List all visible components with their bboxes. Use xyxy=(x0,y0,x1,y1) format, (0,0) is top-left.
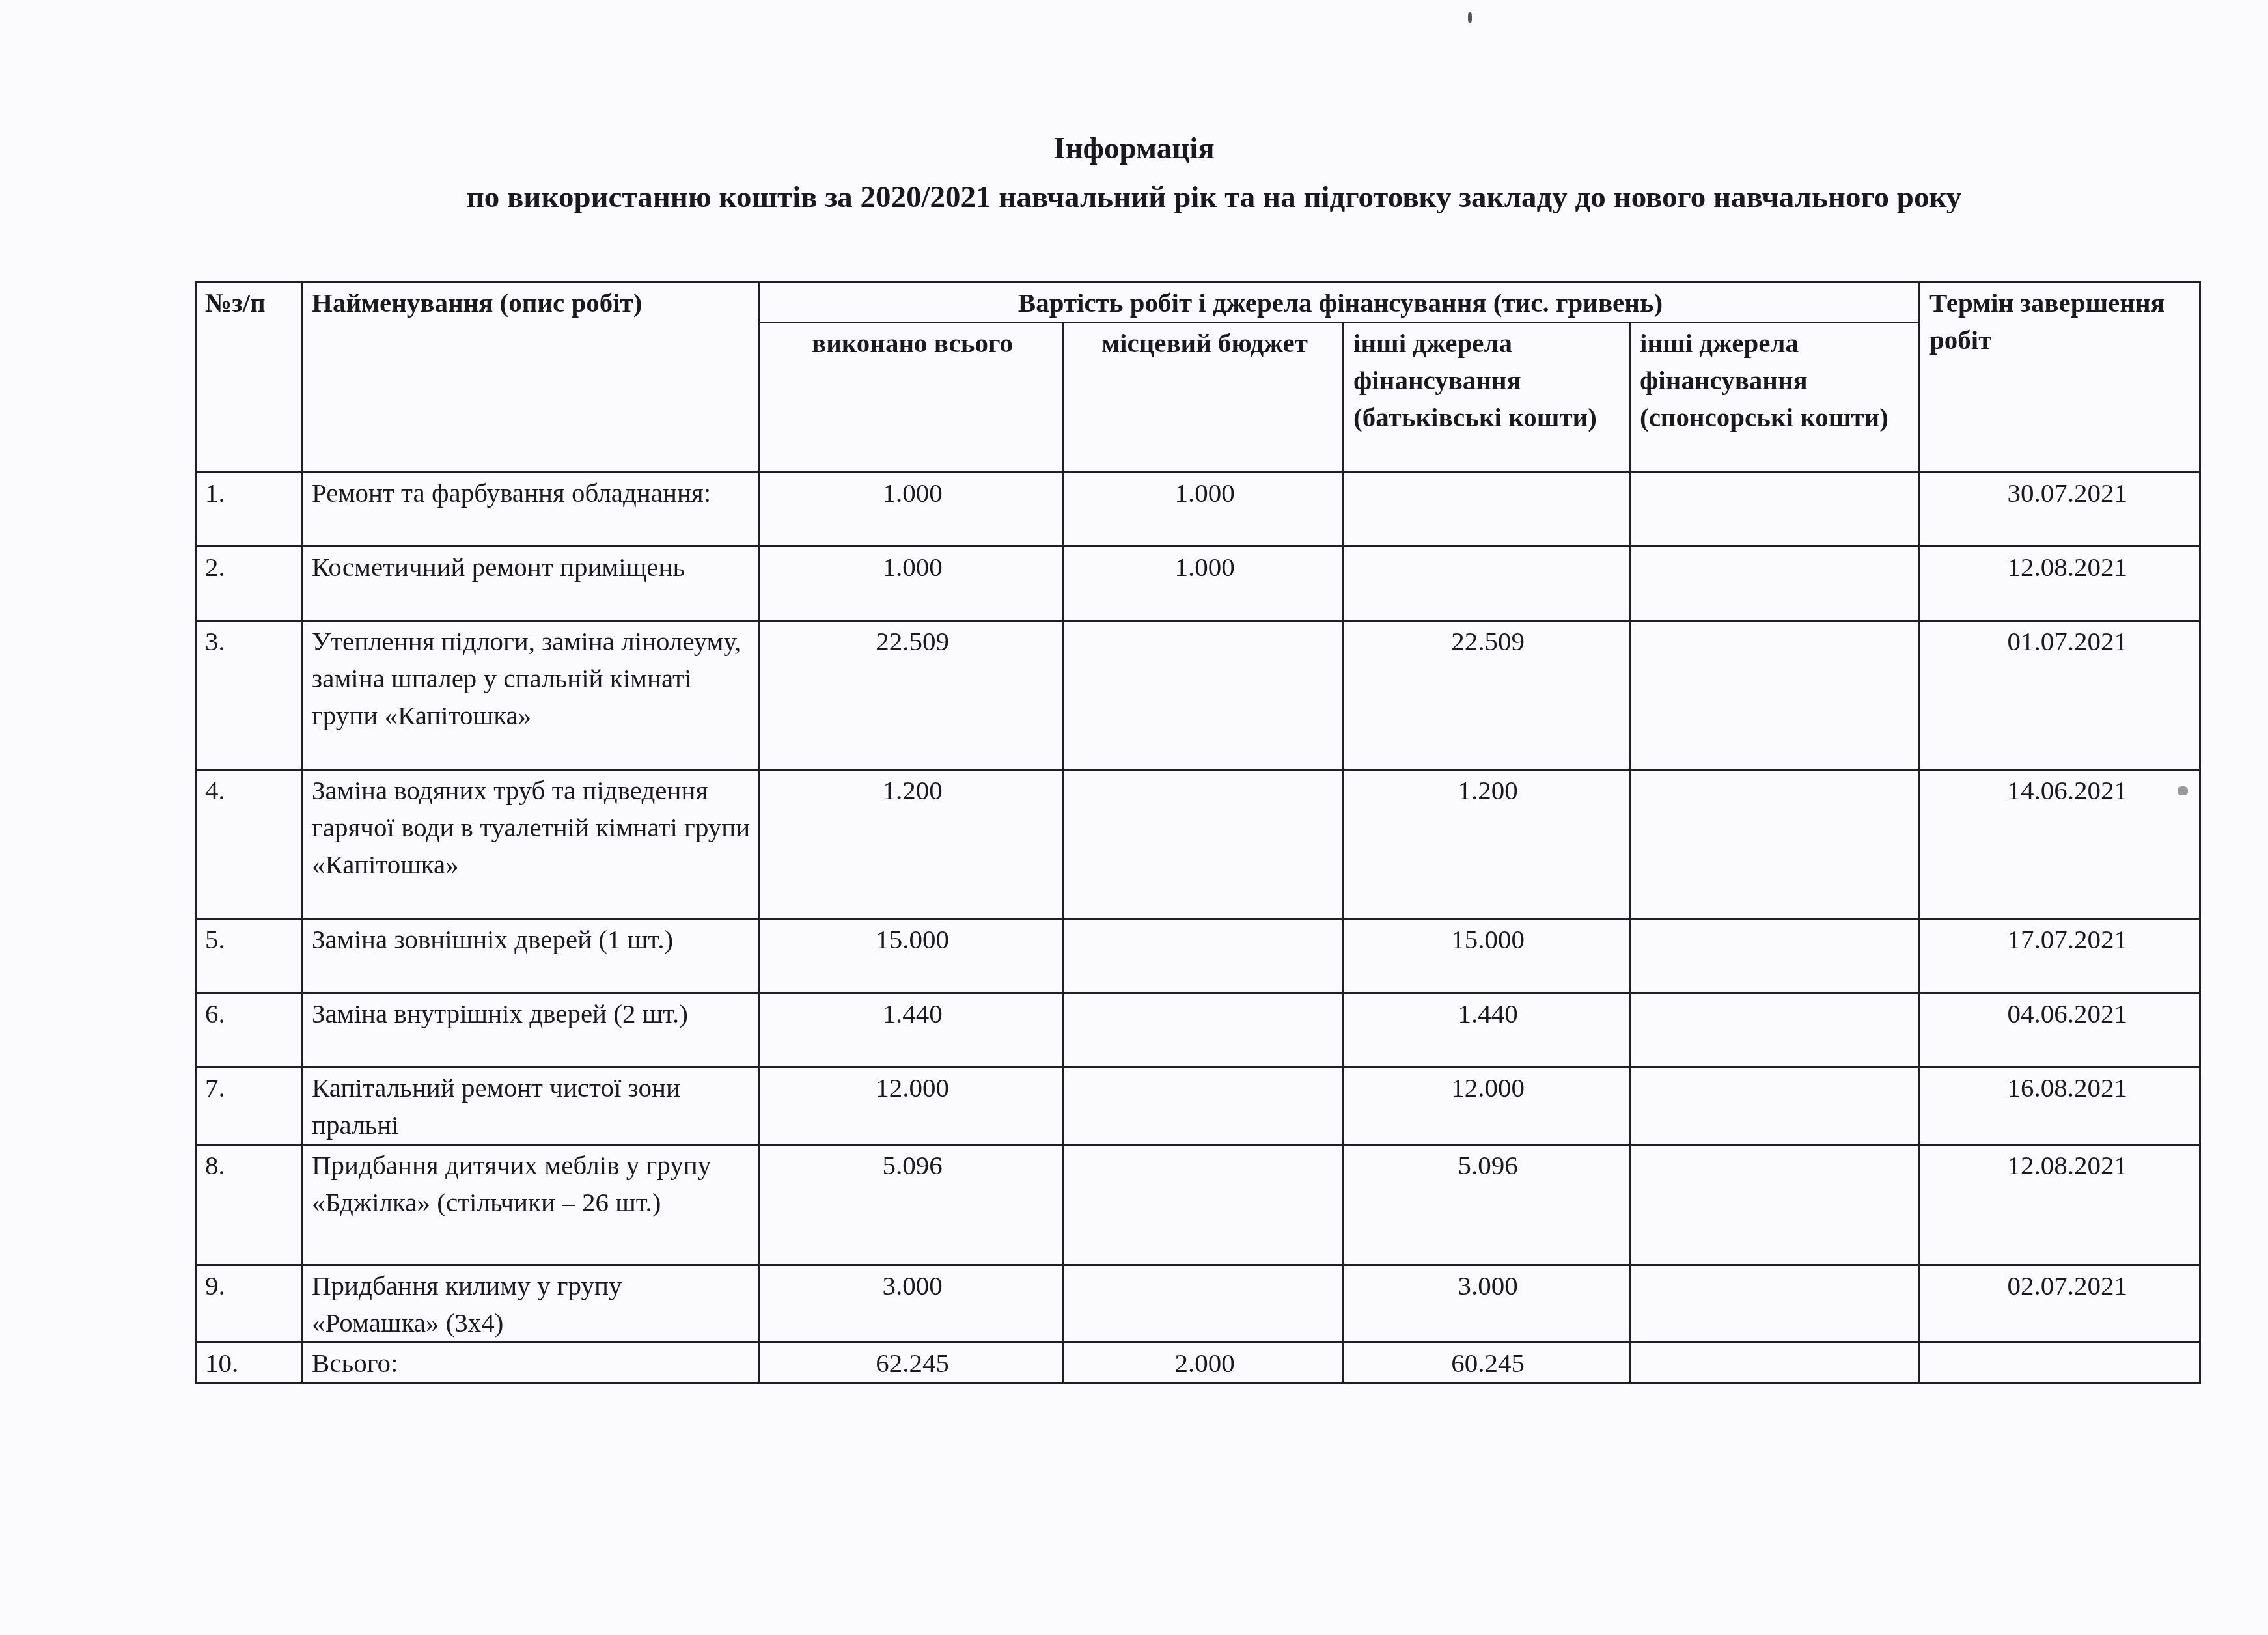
row-name: Ремонт та фарбування обладнання: xyxy=(302,473,759,547)
row-parents xyxy=(1344,547,1630,621)
table-row: 5. Заміна зовнішніх дверей (1 шт.) 15.00… xyxy=(197,919,2200,993)
table-row: 9. Придбання килиму у групу «Ромашка» (3… xyxy=(197,1265,2200,1343)
row-parents xyxy=(1344,473,1630,547)
row-local-budget xyxy=(1064,993,1344,1067)
row-index: 4. xyxy=(197,770,302,919)
header-deadline: Термін завершення робіт xyxy=(1920,282,2200,473)
row-sponsors xyxy=(1630,770,1920,919)
row-name: Придбання килиму у групу «Ромашка» (3х4) xyxy=(302,1265,759,1343)
row-total: 12.000 xyxy=(759,1067,1064,1145)
row-deadline: 17.07.2021 xyxy=(1920,919,2200,993)
row-deadline: 30.07.2021 xyxy=(1920,473,2200,547)
row-total: 5.096 xyxy=(759,1145,1064,1265)
row-local-budget: 1.000 xyxy=(1064,473,1344,547)
row-local-budget xyxy=(1064,770,1344,919)
document-subtitle: по використанню коштів за 2020/2021 навч… xyxy=(280,178,2148,217)
row-sponsors xyxy=(1630,993,1920,1067)
scan-speck xyxy=(2178,786,2188,795)
row-parents: 1.200 xyxy=(1344,770,1630,919)
row-sponsors xyxy=(1630,1265,1920,1343)
row-total: 1.440 xyxy=(759,993,1064,1067)
row-name: Заміна внутрішніх дверей (2 шт.) xyxy=(302,993,759,1067)
row-parents: 22.509 xyxy=(1344,621,1630,770)
row-sponsors xyxy=(1630,1067,1920,1145)
row-deadline: 12.08.2021 xyxy=(1920,1145,2200,1265)
scan-speck xyxy=(1468,12,1472,23)
total-deadline xyxy=(1920,1343,2200,1383)
row-local-budget xyxy=(1064,1265,1344,1343)
row-parents: 1.440 xyxy=(1344,993,1630,1067)
total-parents: 60.245 xyxy=(1344,1343,1630,1383)
row-parents: 15.000 xyxy=(1344,919,1630,993)
row-name: Косметичний ремонт приміщень xyxy=(302,547,759,621)
row-index: 6. xyxy=(197,993,302,1067)
row-sponsors xyxy=(1630,1145,1920,1265)
row-index: 3. xyxy=(197,621,302,770)
row-local-budget xyxy=(1064,919,1344,993)
table-row: 4. Заміна водяних труб та підведення гар… xyxy=(197,770,2200,919)
header-cost-group: Вартість робіт і джерела фінансування (т… xyxy=(759,282,1920,323)
row-name: Придбання дитячих меблів у групу «Бджілк… xyxy=(302,1145,759,1265)
row-name: Заміна водяних труб та підведення гарячо… xyxy=(302,770,759,919)
row-local-budget xyxy=(1064,1145,1344,1265)
row-sponsors xyxy=(1630,621,1920,770)
total-local-budget: 2.000 xyxy=(1064,1343,1344,1383)
row-name: Утеплення підлоги, заміна лінолеуму, зам… xyxy=(302,621,759,770)
header-parents: інші джерела фінансування (батьківські к… xyxy=(1344,323,1630,473)
row-parents: 5.096 xyxy=(1344,1145,1630,1265)
row-local-budget xyxy=(1064,621,1344,770)
row-index: 9. xyxy=(197,1265,302,1343)
row-index: 8. xyxy=(197,1145,302,1265)
row-index: 5. xyxy=(197,919,302,993)
row-index: 2. xyxy=(197,547,302,621)
table-row: 7. Капітальний ремонт чистої зони пральн… xyxy=(197,1067,2200,1145)
row-sponsors xyxy=(1630,473,1920,547)
row-name: Заміна зовнішніх дверей (1 шт.) xyxy=(302,919,759,993)
header-row-group: №з/п Найменування (опис робіт) Вартість … xyxy=(197,282,2200,323)
row-index: 7. xyxy=(197,1067,302,1145)
row-sponsors xyxy=(1630,919,1920,993)
table-row: 3. Утеплення підлоги, заміна лінолеуму, … xyxy=(197,621,2200,770)
table-row: 1. Ремонт та фарбування обладнання: 1.00… xyxy=(197,473,2200,547)
funding-table: №з/п Найменування (опис робіт) Вартість … xyxy=(195,281,2201,1384)
total-label: Всього: xyxy=(302,1343,759,1383)
row-parents: 3.000 xyxy=(1344,1265,1630,1343)
row-parents: 12.000 xyxy=(1344,1067,1630,1145)
total-index: 10. xyxy=(197,1343,302,1383)
row-deadline: 01.07.2021 xyxy=(1920,621,2200,770)
row-deadline: 04.06.2021 xyxy=(1920,993,2200,1067)
header-local-budget: місцевий бюджет xyxy=(1064,323,1344,473)
row-deadline: 16.08.2021 xyxy=(1920,1067,2200,1145)
table-row: 8. Придбання дитячих меблів у групу «Бдж… xyxy=(197,1145,2200,1265)
row-total: 3.000 xyxy=(759,1265,1064,1343)
table-row: 6. Заміна внутрішніх дверей (2 шт.) 1.44… xyxy=(197,993,2200,1067)
total-sponsors xyxy=(1630,1343,1920,1383)
row-total: 1.000 xyxy=(759,547,1064,621)
row-name: Капітальний ремонт чистої зони пральні xyxy=(302,1067,759,1145)
row-deadline: 02.07.2021 xyxy=(1920,1265,2200,1343)
row-total: 1.200 xyxy=(759,770,1064,919)
table-row: 2. Косметичний ремонт приміщень 1.000 1.… xyxy=(197,547,2200,621)
row-deadline: 14.06.2021 xyxy=(1920,770,2200,919)
row-local-budget xyxy=(1064,1067,1344,1145)
total-sum: 62.245 xyxy=(759,1343,1064,1383)
row-total: 1.000 xyxy=(759,473,1064,547)
table-body: 1. Ремонт та фарбування обладнання: 1.00… xyxy=(197,473,2200,1383)
header-index: №з/п xyxy=(197,282,302,473)
row-total: 22.509 xyxy=(759,621,1064,770)
row-total: 15.000 xyxy=(759,919,1064,993)
row-deadline: 12.08.2021 xyxy=(1920,547,2200,621)
row-local-budget: 1.000 xyxy=(1064,547,1344,621)
table-row-total: 10. Всього: 62.245 2.000 60.245 xyxy=(197,1343,2200,1383)
header-total: виконано всього xyxy=(759,323,1064,473)
header-sponsors: інші джерела фінансування (спонсорські к… xyxy=(1630,323,1920,473)
row-index: 1. xyxy=(197,473,302,547)
row-sponsors xyxy=(1630,547,1920,621)
header-name: Найменування (опис робіт) xyxy=(302,282,759,473)
document-title: Інформація xyxy=(0,129,2268,168)
